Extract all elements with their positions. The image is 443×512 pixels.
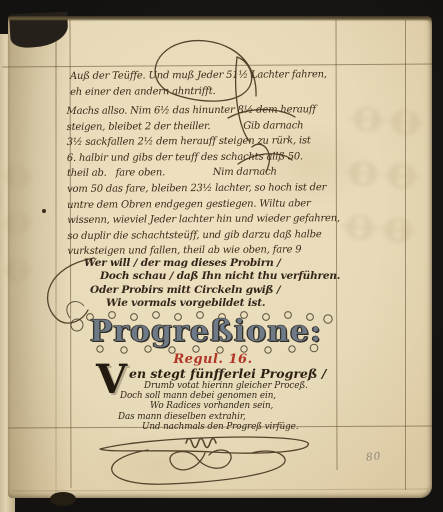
text-line: Auß der Teüffe. Und muß Jeder 51½ Lachte… bbox=[70, 67, 345, 85]
ornate-title: Progreßione: bbox=[66, 314, 346, 349]
text-line: vom 50 das fare, bleiben 23½ lachter, so… bbox=[67, 180, 345, 198]
text-line: 3½ sackfallen 2½ dem herauff steigen zu … bbox=[67, 133, 345, 151]
verse-line: Wo Radices vorhanden sein, bbox=[150, 401, 328, 411]
rubric-heading: Regul. 16. bbox=[128, 352, 298, 367]
verse-line: Und nachmals den Progreß virfüge. bbox=[142, 422, 328, 432]
paragraph-1: Auß der Teüffe. Und muß Jeder 51½ Lachte… bbox=[70, 67, 345, 100]
verse-line: Doch schau / daß Ihn nicht thu verführen… bbox=[100, 270, 334, 283]
verse-line: Das mann dieselben extrahir, bbox=[118, 412, 328, 422]
verse-line: Wie vormals vorgebildet ist. bbox=[106, 297, 334, 310]
verse-line: Drumb votat hierinn gleicher Proceß. bbox=[144, 381, 328, 391]
verse-line: Wer will / der mag dieses Probirn / bbox=[84, 257, 334, 270]
verse-2: Drumb votat hierinn gleicher Proceß. Doc… bbox=[118, 381, 328, 432]
folio-number: 80 bbox=[365, 450, 382, 464]
paragraph-2: Machs allso. Nim 6½ das hinunter 8½ dem … bbox=[66, 102, 345, 260]
text-line: Machs allso. Nim 6½ das hinunter 8½ dem … bbox=[66, 102, 344, 120]
scanned-book-photo: ꝋꝋꝋꝋꝋꝋ ꝋꝋꝋ bbox=[0, 0, 443, 512]
text-line: so duplir die schachtsteüff, und gib dar… bbox=[67, 227, 345, 245]
verse-line: Doch soll mann debei genomen ein, bbox=[120, 391, 328, 401]
verse-1: Wer will / der mag dieses Probirn / Doch… bbox=[84, 257, 334, 311]
text-line: eh einer den andern ahntrifft. bbox=[70, 83, 345, 101]
verse2-first-line: en stegt fünfferlei Progreß / bbox=[129, 366, 326, 381]
text-line: wissenn, wieviel Jeder lachter hin und w… bbox=[67, 211, 345, 229]
verse-line: Oder Probirs mitt Circkeln gwiß / bbox=[90, 284, 334, 297]
